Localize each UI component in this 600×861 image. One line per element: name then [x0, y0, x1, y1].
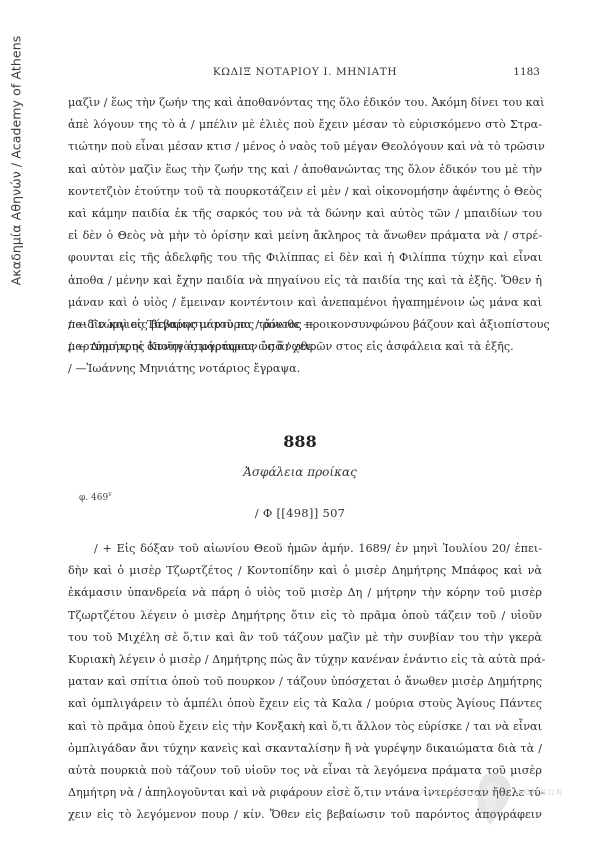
text-line: / + Εἰς δόξαν τοῦ αἰωνίου Θεοῦ ἡμῶν ἀμήν… — [68, 538, 542, 560]
archive-watermark-text: Ακαδημία Αθηνών / Academy of Athens — [9, 35, 24, 285]
source-reference: / Φ [[498]] 507 — [0, 506, 600, 520]
archive-watermark: Ακαδημία Αθηνών / Academy of Athens — [6, 40, 26, 280]
text-line: ὀμπλιγάδαν ἄνι τύχην κανεὶς καὶ σκανταλί… — [68, 738, 542, 760]
signature-witness-2: / — Δημήτρης Κυνηγὸς μάρτυρας ὡς ἄνωθε — [68, 336, 542, 358]
text-line: Τζωρτζέτου λέγειν ὁ μισὲρ Δημήτρης ὅτιν … — [68, 605, 542, 627]
signature-witness-1: / — Γεώργιος Τάγαρης μάρτυρας τἄνωθε — — [68, 314, 542, 336]
text-line: δὴν καὶ ὁ μισὲρ Τζωρτζέτος / Κοντοπίδην … — [68, 560, 542, 582]
academy-stamp: ΑΚΑΔΗΜΙΑΑΘΗΝΩΝ — [420, 788, 600, 797]
folio-reference: φ. 469v — [79, 491, 112, 503]
running-head: ΚΩΔΙΞ ΝΟΤΑΡΙΟΥ Ι. ΜΗΝΙΑΤΗ 1183 — [70, 66, 540, 82]
signature-notary: / —Ἰωάννης Μηνιάτης νοτάριος ἔγραψα. — [68, 358, 542, 380]
text-line: ἀπὲ λόγουν της τὸ ἁ / μπέλιν μὲ ἐλιὲς πο… — [68, 114, 542, 136]
text-line: ἐκάμασιν ὑπανδρεία νὰ πάρη ὁ υἱὸς τοῦ μι… — [68, 582, 542, 604]
academy-emblem-icon — [440, 770, 550, 830]
text-line: Κυριακὴ λέγειν ὁ μισὲρ / Δημήτρης πὼς ἂν… — [68, 649, 542, 671]
text-line: μάναν καὶ ὁ υἱὸς / ἔμειναν κοντέντοιν κα… — [68, 292, 542, 314]
text-line: καὶ ὀμπλιγάρειν τὸ ἀμπέλι ὁποὺ ἔχειν εἰς… — [68, 693, 542, 715]
stamp-right-text: ΑΘΗΝΩΝ — [516, 788, 564, 797]
text-line: τιώτην ποὺ εἶναι μέσαν κτισ / μένος ὁ να… — [68, 136, 542, 158]
text-line: εἰ δὲν ὁ Θεὸς νὰ μὴν τὸ ὁρίσην καὶ μείνη… — [68, 225, 542, 247]
text-line: καὶ αὐτὸν μαζὶν ἕως τὴν ζωήν της καὶ / ἀ… — [68, 159, 542, 181]
text-line: μαζὶν / ἕως τὴν ζωήν της καὶ ἀποθανόντας… — [68, 92, 542, 114]
signatures: / — Γεώργιος Τάγαρης μάρτυρας τἄνωθε — /… — [68, 314, 542, 381]
text-line: ματαν καὶ σπίτια ὁποὺ τοῦ πουρκον / τάζο… — [68, 671, 542, 693]
text-line: κοντετζιὸν ἐτούτην τοῦ τὰ πουρκοτάζειν ε… — [68, 181, 542, 203]
folio-side: v — [108, 491, 111, 498]
document-title: Ἀσφάλεια προίκας — [0, 465, 600, 479]
running-head-title: ΚΩΔΙΞ ΝΟΤΑΡΙΟΥ Ι. ΜΗΝΙΑΤΗ — [70, 66, 540, 78]
document-number: 888 — [0, 432, 600, 451]
text-line: ἀποθα / μένην καὶ ἔχην παιδία νὰ πηγαίνο… — [68, 270, 542, 292]
folio-label: φ. 469 — [79, 493, 108, 503]
text-line: καὶ κάμην παιδία ἐκ τῆς σαρκός του νὰ τὰ… — [68, 203, 542, 225]
text-line: καὶ τὸ πρᾶμα ὁποὺ ἔχειν εἰς τὴν Κονξακὴ … — [68, 716, 542, 738]
text-line: φουνται εἰς τῆς ἀδελφῆς του τῆς Φιλίππας… — [68, 247, 542, 269]
stamp-left-text: ΑΚΑΔΗΜΙΑ — [420, 788, 478, 797]
page-number: 1183 — [513, 66, 540, 78]
text-line: του τοῦ Μιχέλη σὲ ὅ,τιν καὶ ἂν τοῦ τάζου… — [68, 627, 542, 649]
